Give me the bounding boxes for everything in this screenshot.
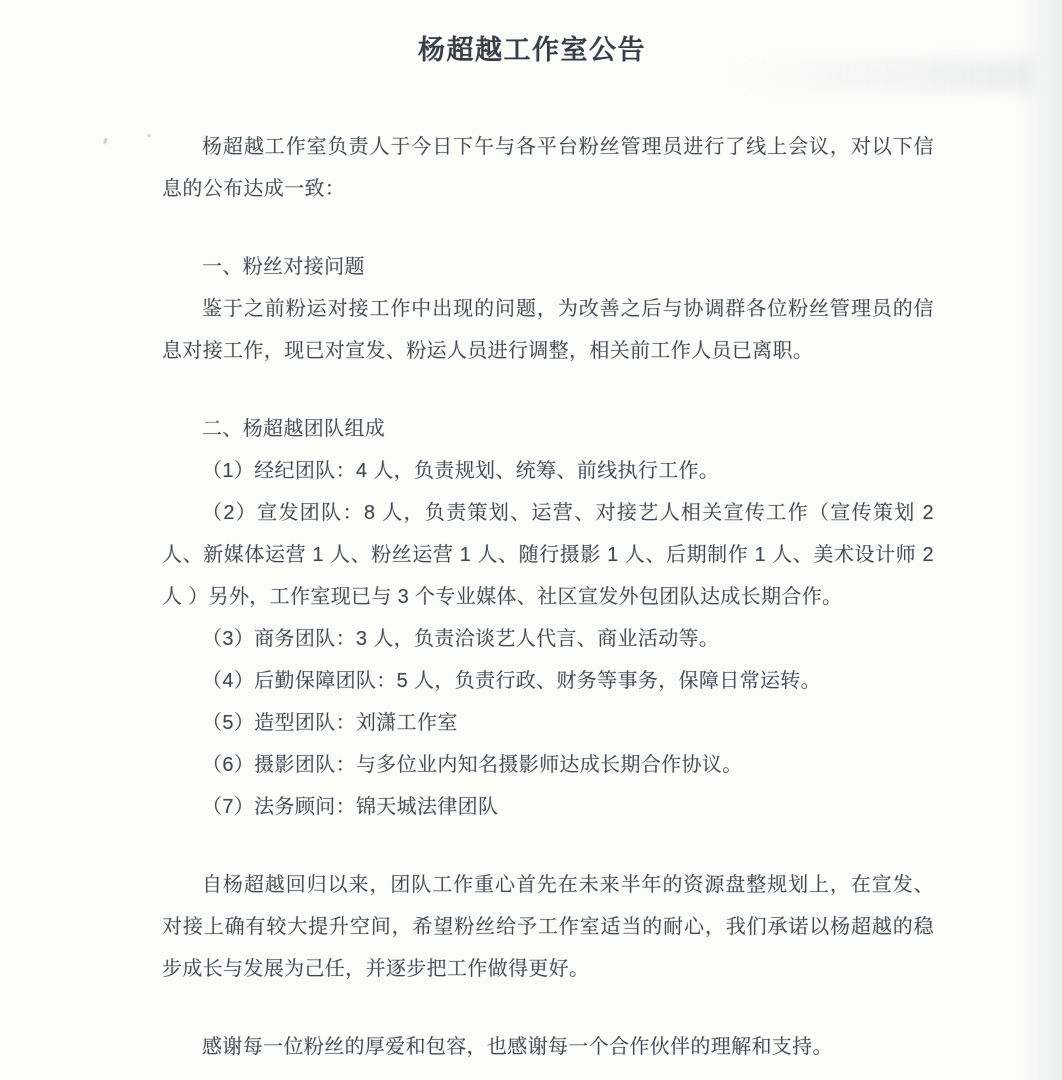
- section-1-paragraph: 鉴于之前粉运对接工作中出现的问题，为改善之后与协调群各位粉丝管理员的信息对接工作…: [162, 288, 934, 372]
- ink-speck: [317, 428, 320, 431]
- team-item-5: （5）造型团队：刘潇工作室: [162, 702, 934, 744]
- section-2-heading: 二、杨超越团队组成: [162, 408, 934, 450]
- thanks-paragraph: 感谢每一位粉丝的厚爱和包容，也感谢每一个合作伙伴的理解和支持。: [162, 1026, 934, 1068]
- document-page: 杨超越工作室公告 杨超越工作室负责人于今日下午与各平台粉丝管理员进行了线上会议，…: [0, 0, 1062, 1068]
- ink-speck: [147, 134, 151, 137]
- team-item-2: （2）宣发团队：8 人，负责策划、运营、对接艺人相关宣传工作（宣传策划 2 人、…: [162, 492, 934, 618]
- intro-paragraph: 杨超越工作室负责人于今日下午与各平台粉丝管理员进行了线上会议，对以下信息的公布达…: [162, 126, 934, 210]
- team-item-1: （1）经纪团队：4 人，负责规划、统筹、前线执行工作。: [162, 450, 934, 492]
- team-item-7: （7）法务顾问：锦天城法律团队: [162, 786, 934, 828]
- team-item-6: （6）摄影团队：与多位业内知名摄影师达成长期合作协议。: [162, 744, 934, 786]
- section-1-heading: 一、粉丝对接问题: [162, 246, 934, 288]
- document-title: 杨超越工作室公告: [146, 30, 918, 70]
- team-item-3: （3）商务团队：3 人，负责洽谈艺人代言、商业活动等。: [162, 618, 934, 660]
- closing-paragraph: 自杨超越回归以来，团队工作重心首先在未来半年的资源盘整规划上，在宣发、对接上确有…: [162, 864, 934, 990]
- team-item-4: （4）后勤保障团队：5 人，负责行政、财务等事务，保障日常运转。: [162, 660, 934, 702]
